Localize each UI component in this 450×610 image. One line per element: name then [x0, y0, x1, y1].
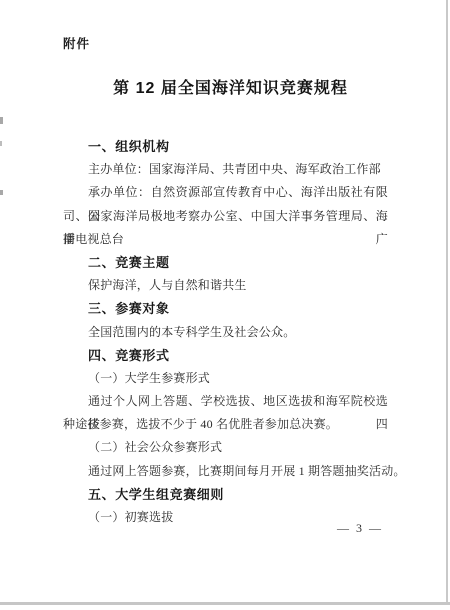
document-content: 附件 第 12 届全国海洋知识竞赛规程 一、组织机构 主办单位：国家海洋局、共青… [63, 36, 388, 540]
scan-edge-line-bottom [0, 602, 450, 605]
scanned-document-page: 附件 第 12 届全国海洋知识竞赛规程 一、组织机构 主办单位：国家海洋局、共青… [0, 0, 450, 610]
section-heading-3: 三、参赛对象 [63, 297, 388, 320]
document-title: 第 12 届全国海洋知识竞赛规程 [63, 78, 388, 100]
body-line: 通过个人网上答题、学校选拔、地区选拔和海军院校选拔四 [63, 390, 388, 413]
section-heading-1: 一、组织机构 [63, 135, 388, 158]
section-heading-4: 四、竞赛形式 [63, 344, 388, 367]
body-line-theme: 保护海洋，人与自然和谐共生 [63, 274, 388, 297]
subsection-heading: （一）大学生参赛形式 [63, 367, 388, 390]
subsection-heading: （二）社会公众参赛形式 [63, 436, 388, 459]
body-line-coorganizers: 承办单位：自然资源部宣传教育中心、海洋出版社有限公 [63, 181, 388, 204]
attachment-label: 附件 [63, 36, 388, 52]
scan-artifact [0, 117, 3, 124]
section-heading-2: 二、竞赛主题 [63, 251, 388, 274]
section-heading-5: 五、大学生组竞赛细则 [63, 483, 388, 506]
scan-artifact [0, 141, 2, 146]
body-line: 司、国家海洋局极地考察办公室、中国大洋事务管理局、海南广 [63, 205, 388, 228]
body-line: 通过网上答题参赛，比赛期间每月开展 1 期答题抽奖活动。 [63, 460, 388, 483]
body-line-organizers: 主办单位：国家海洋局、共青团中央、海军政治工作部 [63, 158, 388, 181]
body-line-participants: 全国范围内的本专科学生及社会公众。 [63, 321, 388, 344]
scan-edge-line-right [446, 0, 448, 604]
document-body: 一、组织机构 主办单位：国家海洋局、共青团中央、海军政治工作部 承办单位：自然资… [63, 135, 388, 529]
scan-artifact [0, 190, 3, 195]
